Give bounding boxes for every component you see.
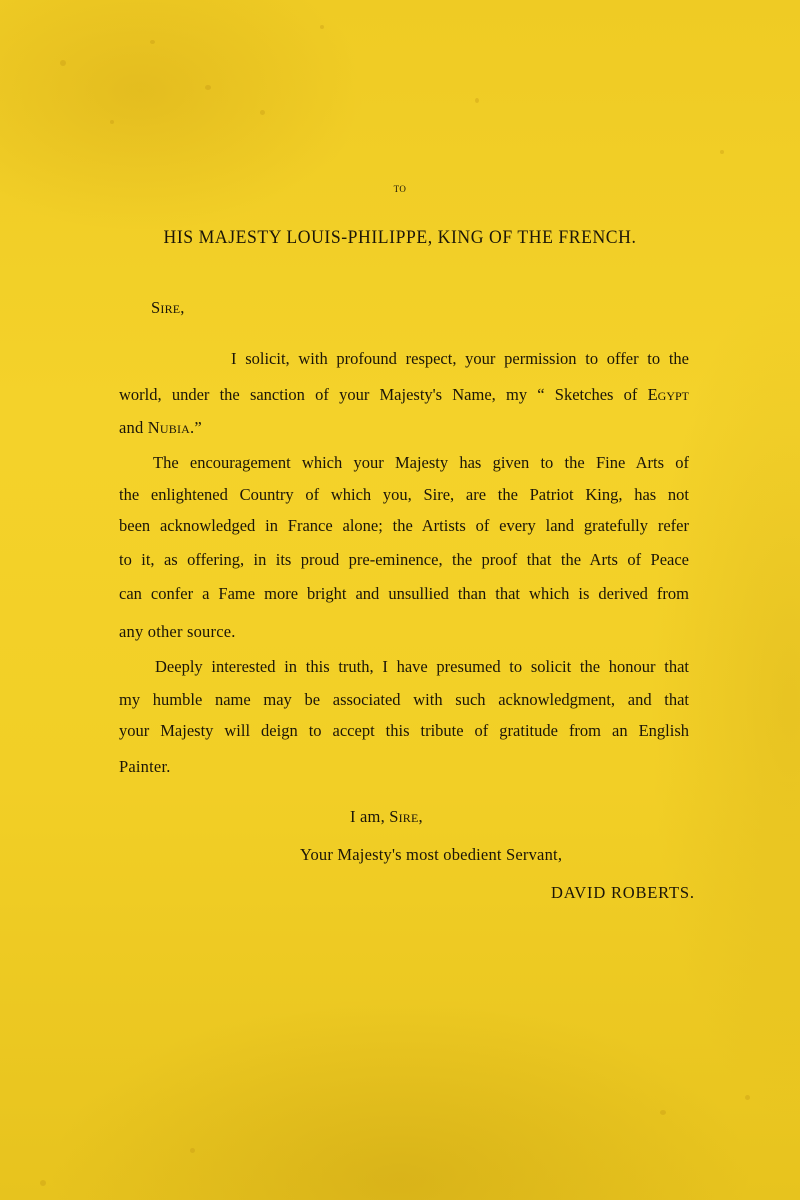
paragraph-2-line-4: to it, as offering, in its proud pre-emi… — [119, 550, 689, 570]
and-text: and — [119, 418, 143, 437]
i-am-text: I am, — [350, 807, 385, 826]
foxing-spot — [40, 1180, 46, 1186]
paragraph-2-line-3: been acknowledged in France alone; the A… — [119, 516, 689, 536]
paragraph-2-line-2: the enlightened Country of which you, Si… — [119, 485, 689, 505]
paragraph-2-line-1: The encouragement which your Majesty has… — [153, 453, 689, 473]
paragraph-3-line-3: your Majesty will deign to accept this t… — [119, 721, 689, 741]
paragraph-1-line-1: I solicit, with profound respect, your p… — [231, 349, 689, 369]
foxing-spot — [60, 60, 66, 66]
paragraph-1-line-3: and Nubia.” — [119, 418, 202, 438]
foxing-spot — [745, 1095, 750, 1100]
foxing-spot — [320, 25, 324, 29]
foxing-spot — [150, 40, 155, 44]
closing-quote: ” — [194, 418, 202, 437]
paragraph-3-line-1: Deeply interested in this truth, I have … — [155, 657, 689, 677]
paragraph-3-line-2: my humble name may be associated with su… — [119, 690, 689, 710]
dedication-title: HIS MAJESTY LOUIS-PHILIPPE, KING OF THE … — [28, 227, 772, 249]
to-label: TO — [0, 184, 800, 194]
egypt-small-caps: Egypt — [648, 385, 689, 404]
foxing-spot — [260, 110, 265, 115]
paragraph-1-line-2: world, under the sanction of your Majest… — [119, 385, 689, 405]
paragraph-3-line-4: Painter. — [119, 757, 171, 777]
paragraph-2-line-5: can confer a Fame more bright and unsull… — [119, 584, 689, 604]
nubia-small-caps: Nubia. — [148, 418, 195, 437]
sire-small-caps: Sire, — [389, 807, 423, 826]
closing-i-am: I am, Sire, — [350, 807, 423, 827]
closing-servant: Your Majesty's most obedient Servant, — [300, 845, 562, 865]
paragraph-1-line-2-text: world, under the sanction of your Majest… — [119, 385, 637, 404]
foxing-spot — [660, 1110, 666, 1115]
foxing-spot — [190, 1148, 195, 1153]
foxing-spot — [720, 150, 724, 154]
foxing-spot — [205, 85, 211, 90]
foxing-spot — [475, 98, 479, 103]
signature: DAVID ROBERTS. — [551, 883, 695, 903]
paragraph-2-line-6: any other source. — [119, 622, 236, 642]
foxing-spot — [110, 120, 114, 124]
salutation: Sire, — [151, 298, 185, 318]
